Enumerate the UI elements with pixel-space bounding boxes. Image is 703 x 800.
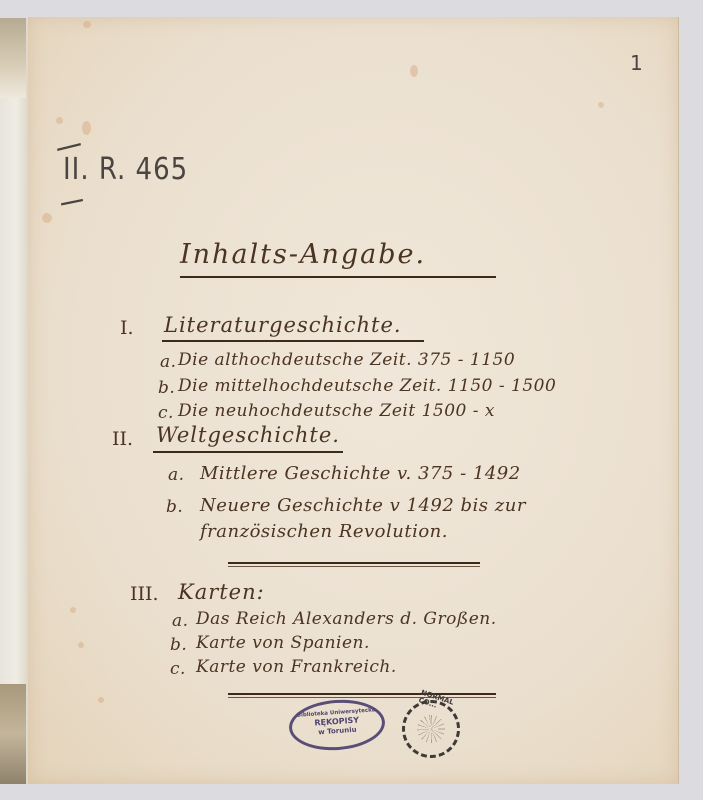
section-heading: Karten: [178,580,265,604]
torn-binding-top [0,18,26,98]
round-ink-stamp: NORMAL CO... [402,700,460,758]
book-binding-edge [0,18,30,784]
foxing-stain [98,697,104,703]
item-letter: b. [158,378,175,398]
item-text: Mittlere Geschichte v. 375 - 1492 [200,463,521,484]
foxing-stain [83,21,91,28]
section-numeral: II. [112,428,133,450]
item-letter: b. [170,635,187,655]
closing-rule-shadow [228,697,496,698]
foxing-stain [56,117,63,124]
shelfmark-pencil: II. R. 465 [63,153,188,188]
item-text: Karte von Spanien. [196,633,370,653]
item-text: Die mittelhochdeutsche Zeit. 1150 - 1500 [178,376,556,396]
title-underline [180,276,496,278]
foxing-stain [42,213,52,223]
item-letter: c. [158,403,174,423]
item-letter: a. [168,465,185,485]
item-text: Die althochdeutsche Zeit. 375 - 1150 [178,350,515,370]
foxing-stain [82,121,91,135]
item-letter: c. [170,659,186,679]
item-text: Das Reich Alexanders d. Großen. [196,609,497,629]
heading-underline [153,451,343,453]
torn-binding-bottom [0,684,26,784]
shelfmark-overline [57,143,81,151]
item-letter: a. [160,352,177,372]
item-text: Neuere Geschichte v 1492 bis zur [200,495,526,516]
shelfmark-underline [61,199,83,206]
item-text-continuation: französischen Revolution. [200,521,448,542]
sunburst-stamp-icon [417,715,445,743]
heading-underline [162,340,424,342]
foxing-stain [78,642,84,648]
foxing-stain [70,607,76,613]
section-numeral: I. [120,317,134,339]
manuscript-page: II. R. 465 1 Inhalts-Angabe. I. Literatu… [28,17,679,784]
item-text: Karte von Frankreich. [196,657,397,677]
foxing-stain [410,65,418,77]
item-letter: b. [166,497,183,517]
section-divider-shadow [228,566,480,567]
item-text: Die neuhochdeutsche Zeit 1500 - x [178,401,495,421]
page-number: 1 [630,51,643,75]
section-numeral: III. [130,583,159,605]
document-title: Inhalts-Angabe. [180,239,426,270]
section-heading: Literaturgeschichte. [164,313,402,337]
section-divider [228,562,480,564]
closing-rule [228,693,496,695]
item-letter: a. [172,611,189,631]
section-heading: Weltgeschichte. [156,423,340,447]
foxing-stain [598,102,604,108]
